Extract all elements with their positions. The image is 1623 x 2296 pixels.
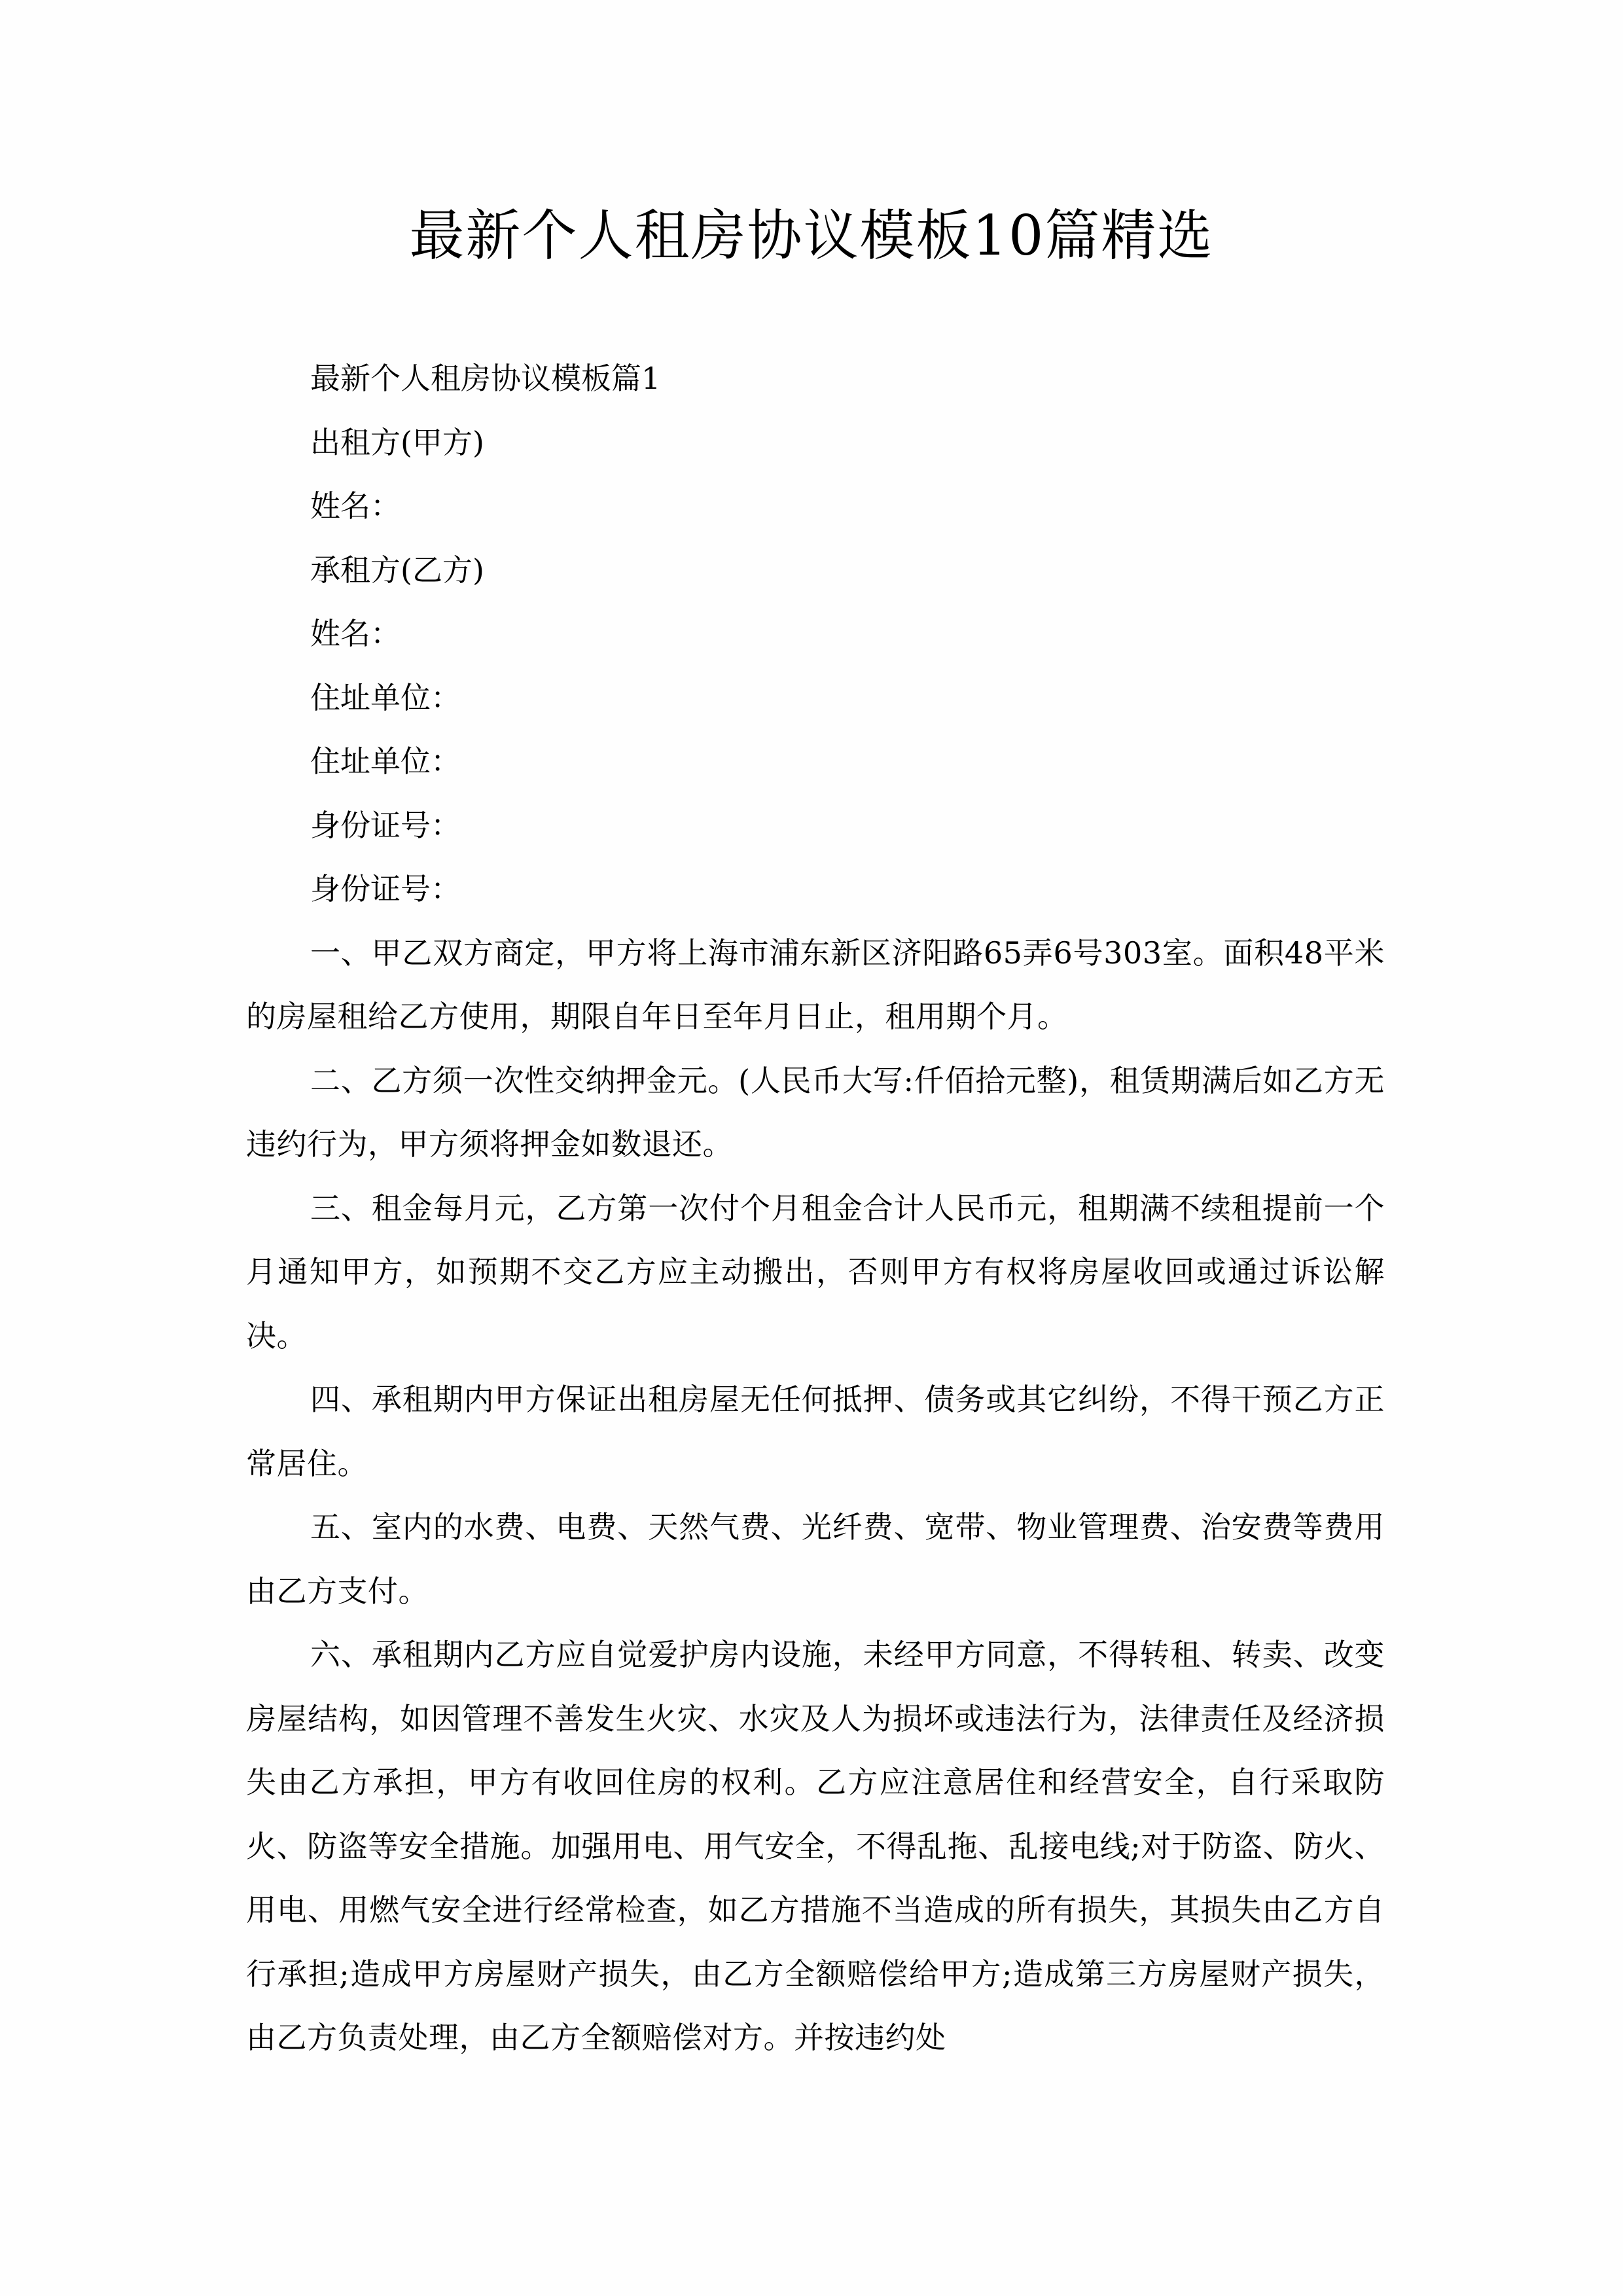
field-address-1: 住址单位： bbox=[246, 666, 1385, 730]
clause-6: 六、承租期内乙方应自觉爱护房内设施，未经甲方同意，不得转租、转卖、改变房屋结构，… bbox=[246, 1623, 1385, 2070]
field-id-number-1: 身份证号： bbox=[246, 794, 1385, 858]
field-lessor-name: 姓名： bbox=[246, 475, 1385, 539]
clause-4: 四、承租期内甲方保证出租房屋无任何抵押、债务或其它纠纷，不得干预乙方正常居住。 bbox=[246, 1368, 1385, 1496]
document-page: 最新个人租房协议模板10篇精选 最新个人租房协议模板篇1 出租方(甲方) 姓名：… bbox=[0, 0, 1623, 2296]
field-lessee-name: 姓名： bbox=[246, 602, 1385, 666]
clause-3: 三、租金每月元，乙方第一次付个月租金合计人民币元，租期满不续租提前一个月通知甲方… bbox=[246, 1177, 1385, 1369]
document-body: 最新个人租房协议模板篇1 出租方(甲方) 姓名： 承租方(乙方) 姓名： 住址单… bbox=[246, 347, 1385, 2070]
field-lessee-label: 承租方(乙方) bbox=[246, 539, 1385, 603]
clause-2: 二、乙方须一次性交纳押金元。(人民币大写:仟佰拾元整)，租赁期满后如乙方无违约行… bbox=[246, 1049, 1385, 1177]
section-heading: 最新个人租房协议模板篇1 bbox=[246, 347, 1385, 411]
field-lessor-label: 出租方(甲方) bbox=[246, 411, 1385, 475]
document-title: 最新个人租房协议模板10篇精选 bbox=[0, 196, 1623, 275]
field-id-number-2: 身份证号： bbox=[246, 857, 1385, 922]
clause-1: 一、甲乙双方商定，甲方将上海市浦东新区济阳路65弄6号303室。面积48平米的房… bbox=[246, 922, 1385, 1049]
field-address-2: 住址单位： bbox=[246, 730, 1385, 794]
clause-5: 五、室内的水费、电费、天然气费、光纤费、宽带、物业管理费、治安费等费用由乙方支付… bbox=[246, 1496, 1385, 1623]
